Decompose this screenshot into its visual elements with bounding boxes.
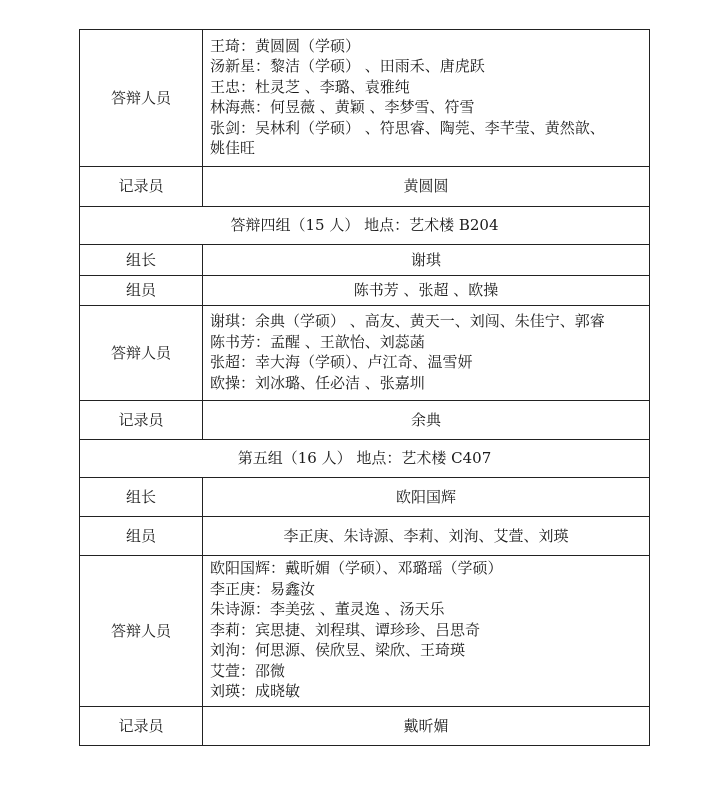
recorder-value: 黄圆圆 (203, 167, 650, 207)
defense-list: 欧阳国辉：戴昕媚（学硕）、邓璐瑶（学硕） 李正庚：易鑫汝 朱诗源：李美弦 、董灵… (203, 556, 650, 707)
group4-recorder-row: 记录员 余典 (80, 401, 650, 440)
defense-label: 答辩人员 (80, 306, 203, 401)
members-label: 组员 (80, 517, 203, 556)
defense-schedule-table: 答辩人员 王琦：黄圆圆（学硕） 汤新星：黎洁（学硕） 、田雨禾、唐虎跃 王忠：杜… (79, 29, 650, 746)
group3-recorder-row: 记录员 黄圆圆 (80, 167, 650, 207)
members-value: 李正庚、朱诗源、李莉、刘洵、艾萱、刘瑛 (203, 517, 650, 556)
defense-line: 刘瑛：成晓敏 (210, 681, 643, 702)
defense-label: 答辩人员 (80, 556, 203, 707)
group5-recorder-row: 记录员 戴昕媚 (80, 707, 650, 746)
group4-leader-row: 组长 谢琪 (80, 245, 650, 276)
defense-line: 姚佳旺 (210, 138, 643, 159)
defense-line: 谢琪：余典（学硕） 、高友、黄天一、刘闯、朱佳宁、郭睿 (210, 311, 643, 332)
defense-line: 李正庚：易鑫汝 (210, 579, 643, 600)
members-label: 组员 (80, 276, 203, 306)
defense-line: 汤新星：黎洁（学硕） 、田雨禾、唐虎跃 (210, 56, 643, 77)
defense-line: 王忠：杜灵芝 、李璐、袁雅纯 (210, 77, 643, 98)
defense-line: 刘洵：何思源、侯欣昱、梁欣、王琦瑛 (210, 640, 643, 661)
group5-header-row: 第五组（16 人） 地点：艺术楼 C407 (80, 440, 650, 478)
defense-line: 陈书芳：孟醒 、王歆怡、刘蕊菡 (210, 332, 643, 353)
defense-line: 王琦：黄圆圆（学硕） (210, 36, 643, 57)
group5-defense-row: 答辩人员 欧阳国辉：戴昕媚（学硕）、邓璐瑶（学硕） 李正庚：易鑫汝 朱诗源：李美… (80, 556, 650, 707)
defense-label: 答辩人员 (80, 30, 203, 167)
defense-line: 朱诗源：李美弦 、董灵逸 、汤天乐 (210, 599, 643, 620)
group-header: 答辩四组（15 人） 地点：艺术楼 B204 (80, 207, 650, 245)
defense-line: 艾萱：邵微 (210, 661, 643, 682)
leader-value: 谢琪 (203, 245, 650, 276)
defense-line: 欧阳国辉：戴昕媚（学硕）、邓璐瑶（学硕） (210, 558, 643, 579)
recorder-label: 记录员 (80, 707, 203, 746)
defense-line: 李莉：宾思捷、刘程琪、谭珍珍、吕思奇 (210, 620, 643, 641)
recorder-value: 余典 (203, 401, 650, 440)
leader-value: 欧阳国辉 (203, 478, 650, 517)
defense-line: 张剑：吴林利（学硕） 、符思睿、陶莞、李芊莹、黄然歆、 (210, 118, 643, 139)
group3-defense-row: 答辩人员 王琦：黄圆圆（学硕） 汤新星：黎洁（学硕） 、田雨禾、唐虎跃 王忠：杜… (80, 30, 650, 167)
leader-label: 组长 (80, 478, 203, 517)
defense-line: 林海燕：何昱薇 、黄颖 、李梦雪、符雪 (210, 97, 643, 118)
recorder-label: 记录员 (80, 167, 203, 207)
leader-label: 组长 (80, 245, 203, 276)
document-page: 答辩人员 王琦：黄圆圆（学硕） 汤新星：黎洁（学硕） 、田雨禾、唐虎跃 王忠：杜… (79, 29, 649, 746)
defense-list: 谢琪：余典（学硕） 、高友、黄天一、刘闯、朱佳宁、郭睿 陈书芳：孟醒 、王歆怡、… (203, 306, 650, 401)
group5-members-row: 组员 李正庚、朱诗源、李莉、刘洵、艾萱、刘瑛 (80, 517, 650, 556)
group-header: 第五组（16 人） 地点：艺术楼 C407 (80, 440, 650, 478)
defense-list: 王琦：黄圆圆（学硕） 汤新星：黎洁（学硕） 、田雨禾、唐虎跃 王忠：杜灵芝 、李… (203, 30, 650, 167)
members-value: 陈书芳 、张超 、欧操 (203, 276, 650, 306)
group5-leader-row: 组长 欧阳国辉 (80, 478, 650, 517)
recorder-label: 记录员 (80, 401, 203, 440)
defense-line: 欧操：刘冰璐、任必洁 、张嘉圳 (210, 373, 643, 394)
group4-header-row: 答辩四组（15 人） 地点：艺术楼 B204 (80, 207, 650, 245)
group4-defense-row: 答辩人员 谢琪：余典（学硕） 、高友、黄天一、刘闯、朱佳宁、郭睿 陈书芳：孟醒 … (80, 306, 650, 401)
recorder-value: 戴昕媚 (203, 707, 650, 746)
group4-members-row: 组员 陈书芳 、张超 、欧操 (80, 276, 650, 306)
defense-line: 张超：幸大海（学硕）、卢江奇、温雪妍 (210, 352, 643, 373)
